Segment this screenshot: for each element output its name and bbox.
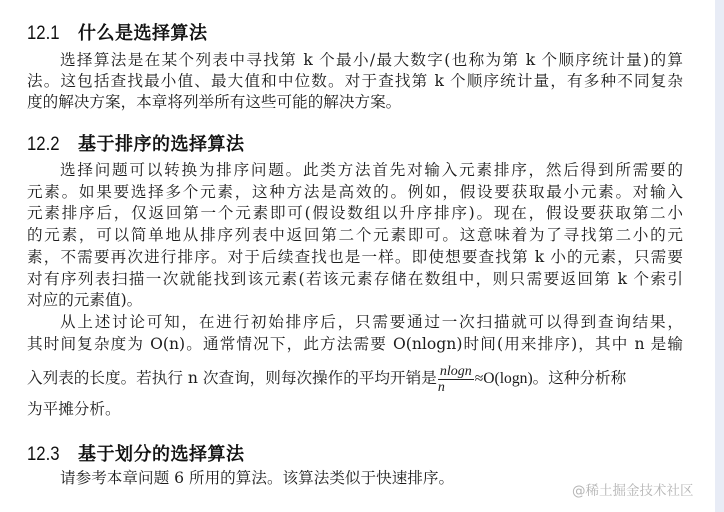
fraction-numerator: nlogn [438, 364, 474, 380]
paragraph-line: 的元素，可以简单地从排序列表中返回第二个元素即可。这意味着为了寻找第二小的元 [27, 225, 683, 246]
paragraph-line: 对有序列表扫描一次就能找到该元素(若该元素存储在数组中，则只需要返回第 k 个索… [27, 269, 683, 290]
paragraph-line: 素，不需要再次进行排序。对于后续查找也是一样。即使想要查找第 k 小的元素，只需… [27, 247, 683, 268]
section-number: 12.2 [27, 134, 72, 156]
fraction-denominator: n [438, 380, 474, 395]
section-heading-12-2: 12.2基于排序的选择算法 [27, 130, 245, 156]
paragraph-line: 为平摊分析。 [27, 399, 683, 420]
paragraph-line: 元素排序后，仅返回第一个元素即可(假设数组以升序排序)。现在，假设要获取第二小 [27, 203, 683, 224]
paragraph-line: 其时间复杂度为 O(n)。通常情况下，此方法需要 O(nlogn)时间(用来排序… [27, 334, 683, 355]
section-title: 基于划分的选择算法 [78, 444, 245, 465]
paragraph-line: 法。这包括查找最小值、最大值和中位数。对于查找第 k 个顺序统计量，有多种不同复… [27, 71, 683, 92]
formula-trailing-text: 。这种分析称 [533, 369, 627, 387]
watermark: @稀土掘金技术社区 [572, 479, 694, 499]
section-title: 什么是选择算法 [78, 23, 208, 44]
section-heading-12-3: 12.3基于划分的选择算法 [27, 440, 245, 466]
fraction-formula: nlognn [438, 364, 474, 395]
formula-lead-text: 入列表的长度。若执行 n 次查询，则每次操作的平均开销是 [27, 369, 437, 387]
paragraph-line-with-formula: 入列表的长度。若执行 n 次查询，则每次操作的平均开销是nlognn≈O(log… [27, 358, 683, 398]
section-title: 基于排序的选择算法 [78, 134, 245, 155]
paragraph-line: 对应的元素值)。 [27, 290, 683, 311]
section-number: 12.3 [27, 444, 72, 466]
document-page: 12.1什么是选择算法 选择算法是在某个列表中寻找第 k 个最小/最大数字(也称… [0, 0, 715, 512]
section-number: 12.1 [27, 23, 72, 45]
side-scroll-strip [715, 0, 724, 512]
section-heading-12-1: 12.1什么是选择算法 [27, 19, 208, 45]
approx-expression: ≈O(logn) [475, 370, 533, 387]
paragraph-line: 从上述讨论可知，在进行初始排序后，只需要通过一次扫描就可以得到查询结果， [60, 312, 683, 333]
paragraph-line: 选择算法是在某个列表中寻找第 k 个最小/最大数字(也称为第 k 个顺序统计量)… [60, 50, 683, 71]
paragraph-line: 度的解决方案，本章将列举所有这些可能的解决方案。 [27, 92, 683, 113]
paragraph-line: 请参考本章问题 6 所用的算法。该算法类似于快速排序。 [60, 468, 460, 489]
paragraph-line: 选择问题可以转换为排序问题。此类方法首先对输入元素排序，然后得到所需要的 [60, 160, 683, 181]
paragraph-line: 元素。如果要选择多个元素，这种方法是高效的。例如，假设要获取最小元素。对输入 [27, 182, 683, 203]
